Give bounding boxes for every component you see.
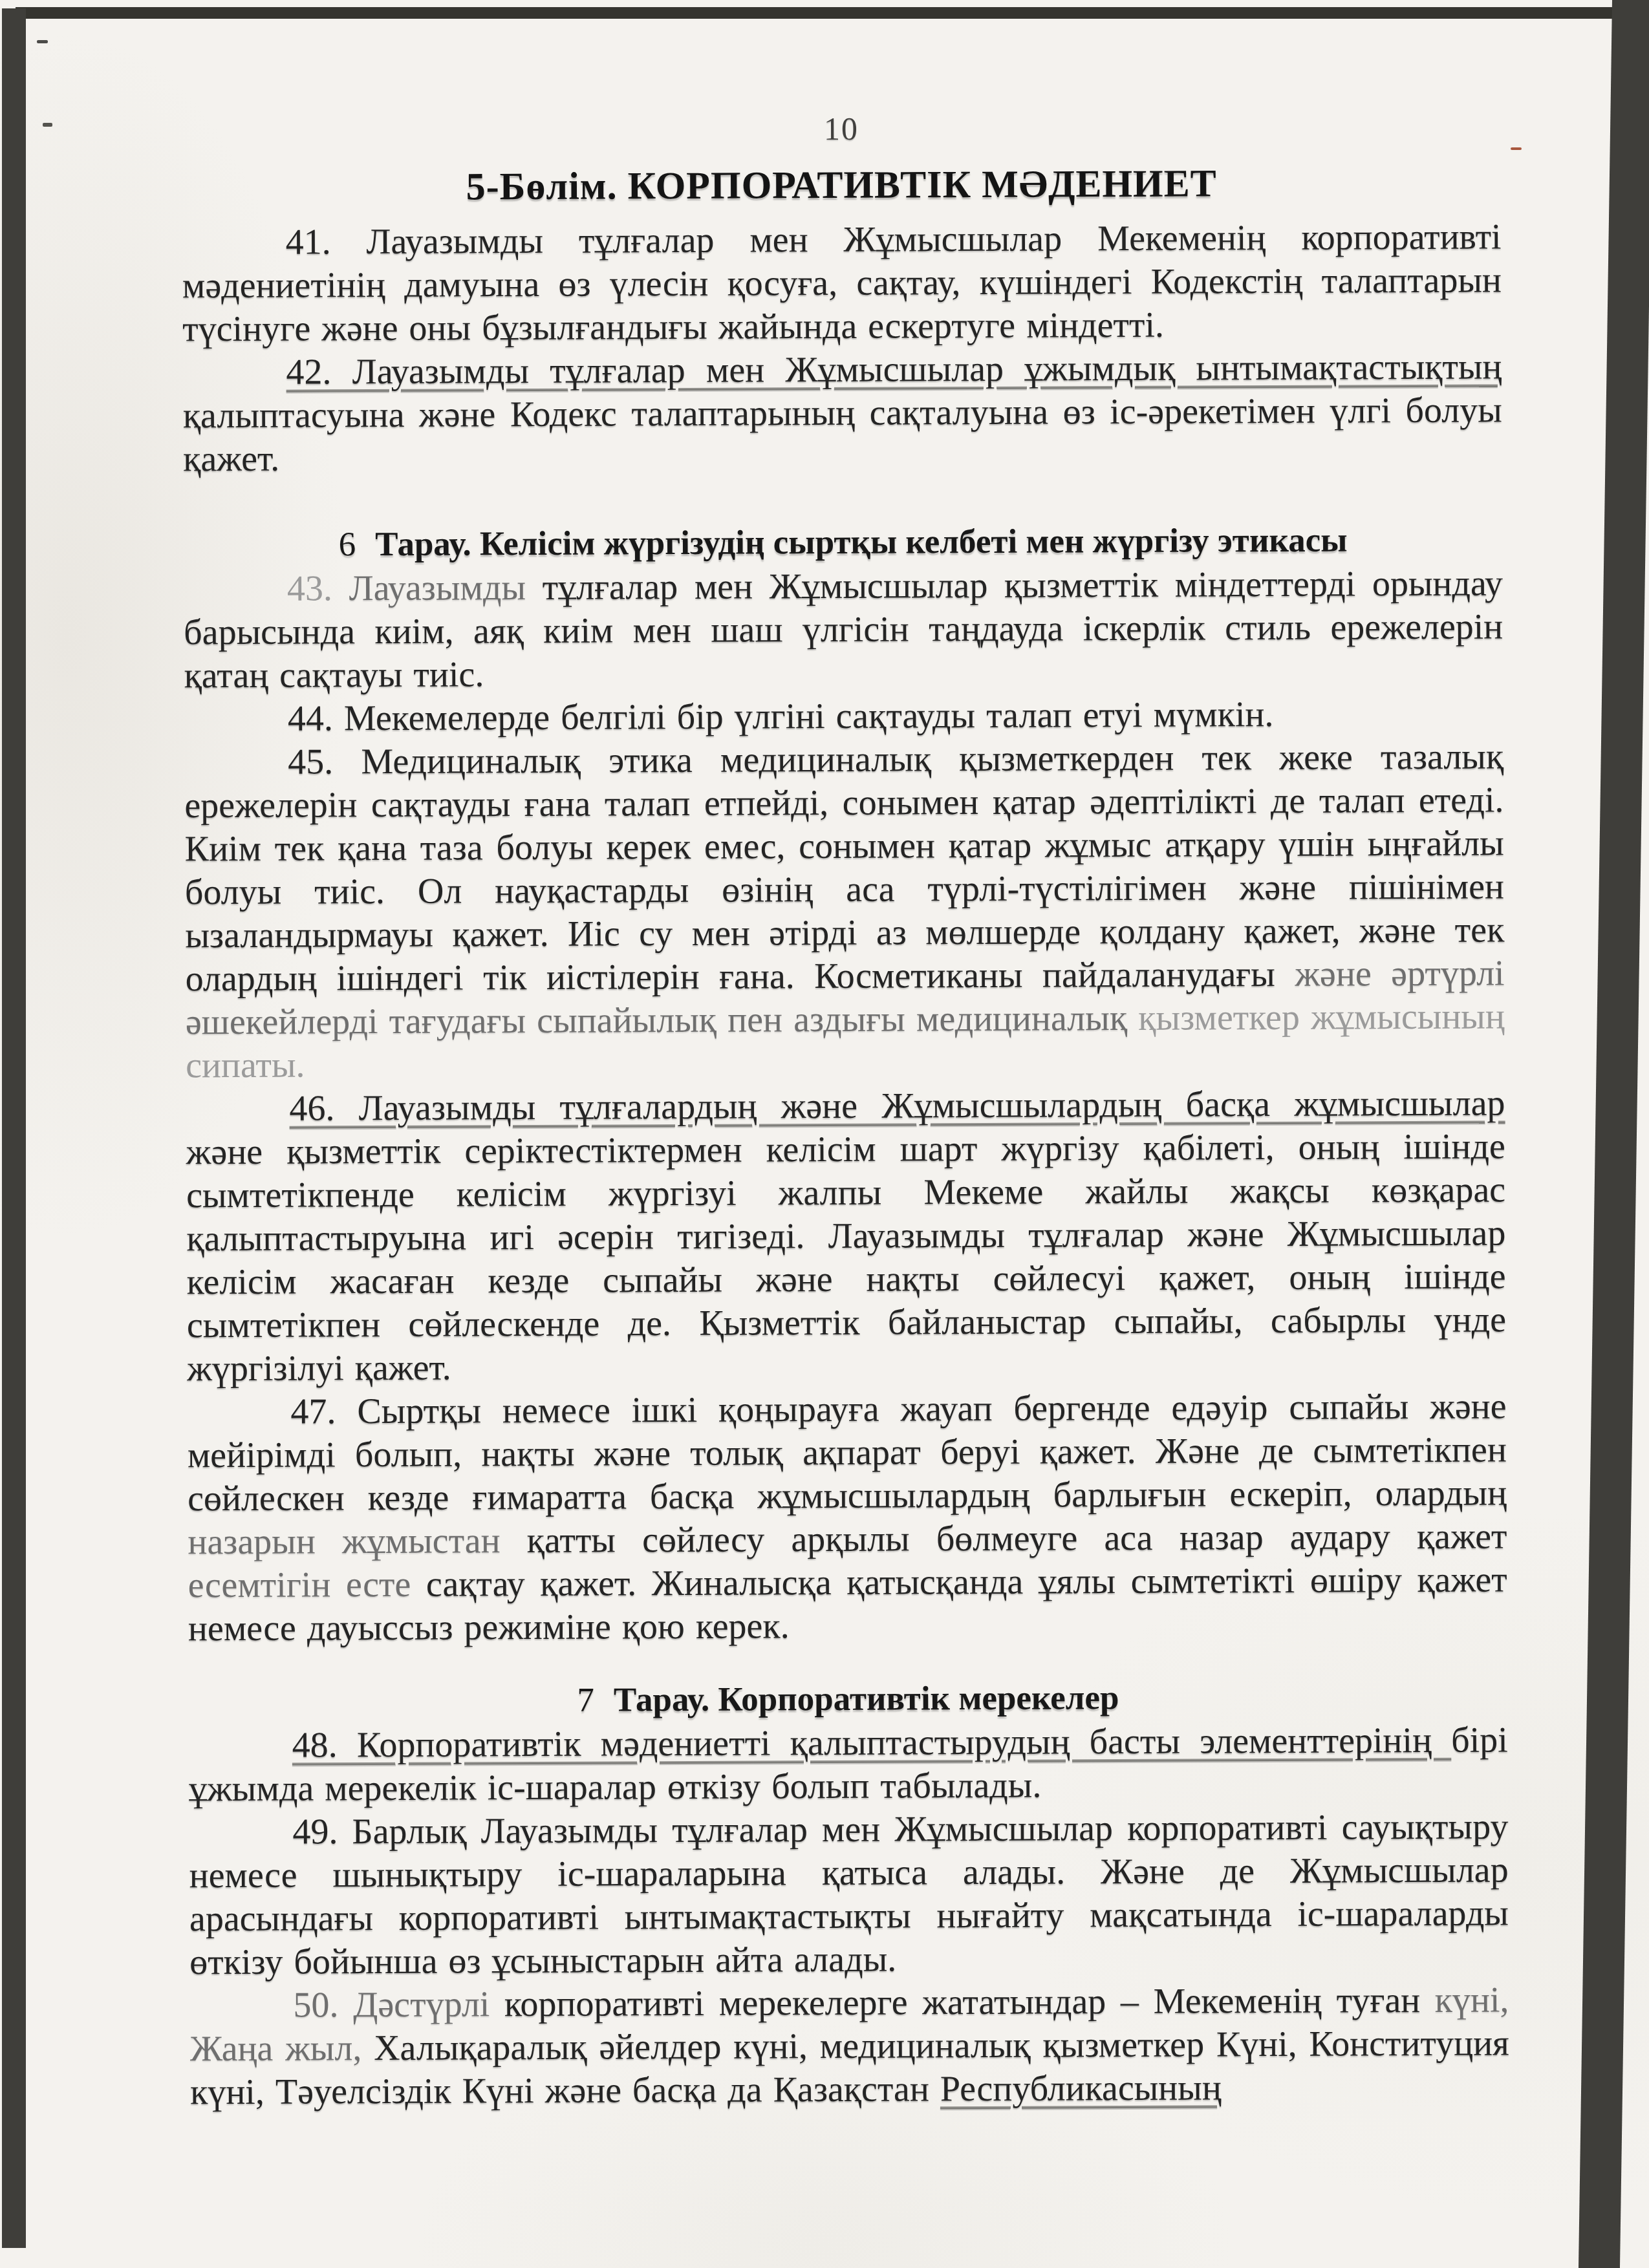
page-content: 10 5-Бөлім. КОРПОРАТИВТІК МӘДЕНИЕТ 41. Л… <box>0 0 1649 2115</box>
paragraph-50-segment-b: корпоративті мерекелерге жататындар – Ме… <box>504 1980 1435 2024</box>
paragraph-42-underlined-line: 42. Лауазымды тұлғалар мен Жұмысшылар ұж… <box>286 347 1502 392</box>
paragraph-41: 41. Лауазымды тұлғалар мен Жұмысшылар Ме… <box>182 215 1502 351</box>
paragraph-47-faded-segment-d: есемтігін есте <box>188 1565 426 1606</box>
paragraph-45: 45. Медициналық этика медициналық қызмет… <box>184 735 1505 1087</box>
chapter-7-heading: 7Тарау. Корпоративтік мерекелер <box>188 1673 1507 1724</box>
text-column: 10 5-Бөлім. КОРПОРАТИВТІК МӘДЕНИЕТ 41. Л… <box>181 0 1509 2114</box>
paragraph-50-segment-d: Халықаралық әйелдер күні, медициналық қы… <box>190 2023 1509 2112</box>
paragraph-42: 42. Лауазымды тұлғалар мен Жұмысшылар ұж… <box>182 345 1502 481</box>
paragraph-47-segment-c: қатты сөйлесу арқылы бөлмеуге аса назар … <box>527 1516 1507 1561</box>
page-number: 10 <box>182 105 1501 151</box>
section-5-title: 5-Бөлім. КОРПОРАТИВТІК МӘДЕНИЕТ <box>182 158 1501 211</box>
paragraph-47: 47. Сыртқы немесе ішкі қоңырауға жауап б… <box>187 1385 1507 1651</box>
chapter-7-title: Тарау. Корпоративтік мерекелер <box>614 1679 1119 1718</box>
paragraph-42-rest: қалыптасуына және Кодекс талаптарының са… <box>183 390 1502 479</box>
paragraph-50-faded-start: 50. Дәстүрлі <box>293 1984 504 2025</box>
paragraph-49: 49. Барлық Лауазымды тұлғалар мен Жұмысш… <box>189 1805 1509 1984</box>
paragraph-48-underlined-line: 48. Корпоративтік мәдениетті қалыптастыр… <box>292 1720 1452 1766</box>
chapter-6-heading: 6Тарау. Келісім жүргізудің сыртқы келбет… <box>184 517 1503 568</box>
chapter-7-number: 7 <box>577 1682 594 1719</box>
paragraph-44: 44. Мекемелерде белгілі бір үлгіні сақта… <box>184 692 1503 741</box>
paragraph-46: 46. Лауазымды тұлғалардың және Жұмысшыла… <box>186 1082 1506 1391</box>
paragraph-48: 48. Корпоративтік мәдениетті қалыптастыр… <box>189 1718 1509 1811</box>
paragraph-43-faded-number: 43. <box>287 568 349 608</box>
chapter-6-title: Тарау. Келісім жүргізудің сыртқы келбеті… <box>375 521 1347 563</box>
scanned-document-page: 10 5-Бөлім. КОРПОРАТИВТІК МӘДЕНИЕТ 41. Л… <box>0 0 1649 2268</box>
paragraph-43-faded-word: Лауазымды <box>349 568 542 608</box>
chapter-6-number: 6 <box>339 526 356 563</box>
paragraph-47-segment-a: 47. Сыртқы немесе ішкі қоңырауға жауап б… <box>188 1386 1507 1519</box>
paragraph-50-underlined-word: Республикасының <box>940 2068 1222 2109</box>
paragraph-43: 43. Лауазымды тұлғалар мен Жұмысшылар қы… <box>184 562 1503 698</box>
paragraph-47-faded-segment-b: назарын жұмыстан <box>188 1521 527 1562</box>
paragraph-46-underlined-line: 46. Лауазымды тұлғалардың және Жұмысшыла… <box>289 1083 1505 1128</box>
paragraph-46-rest: және қызметтік серіктестіктермен келісім… <box>186 1126 1506 1389</box>
paragraph-50: 50. Дәстүрлі корпоративті мерекелерге жа… <box>189 1978 1509 2114</box>
